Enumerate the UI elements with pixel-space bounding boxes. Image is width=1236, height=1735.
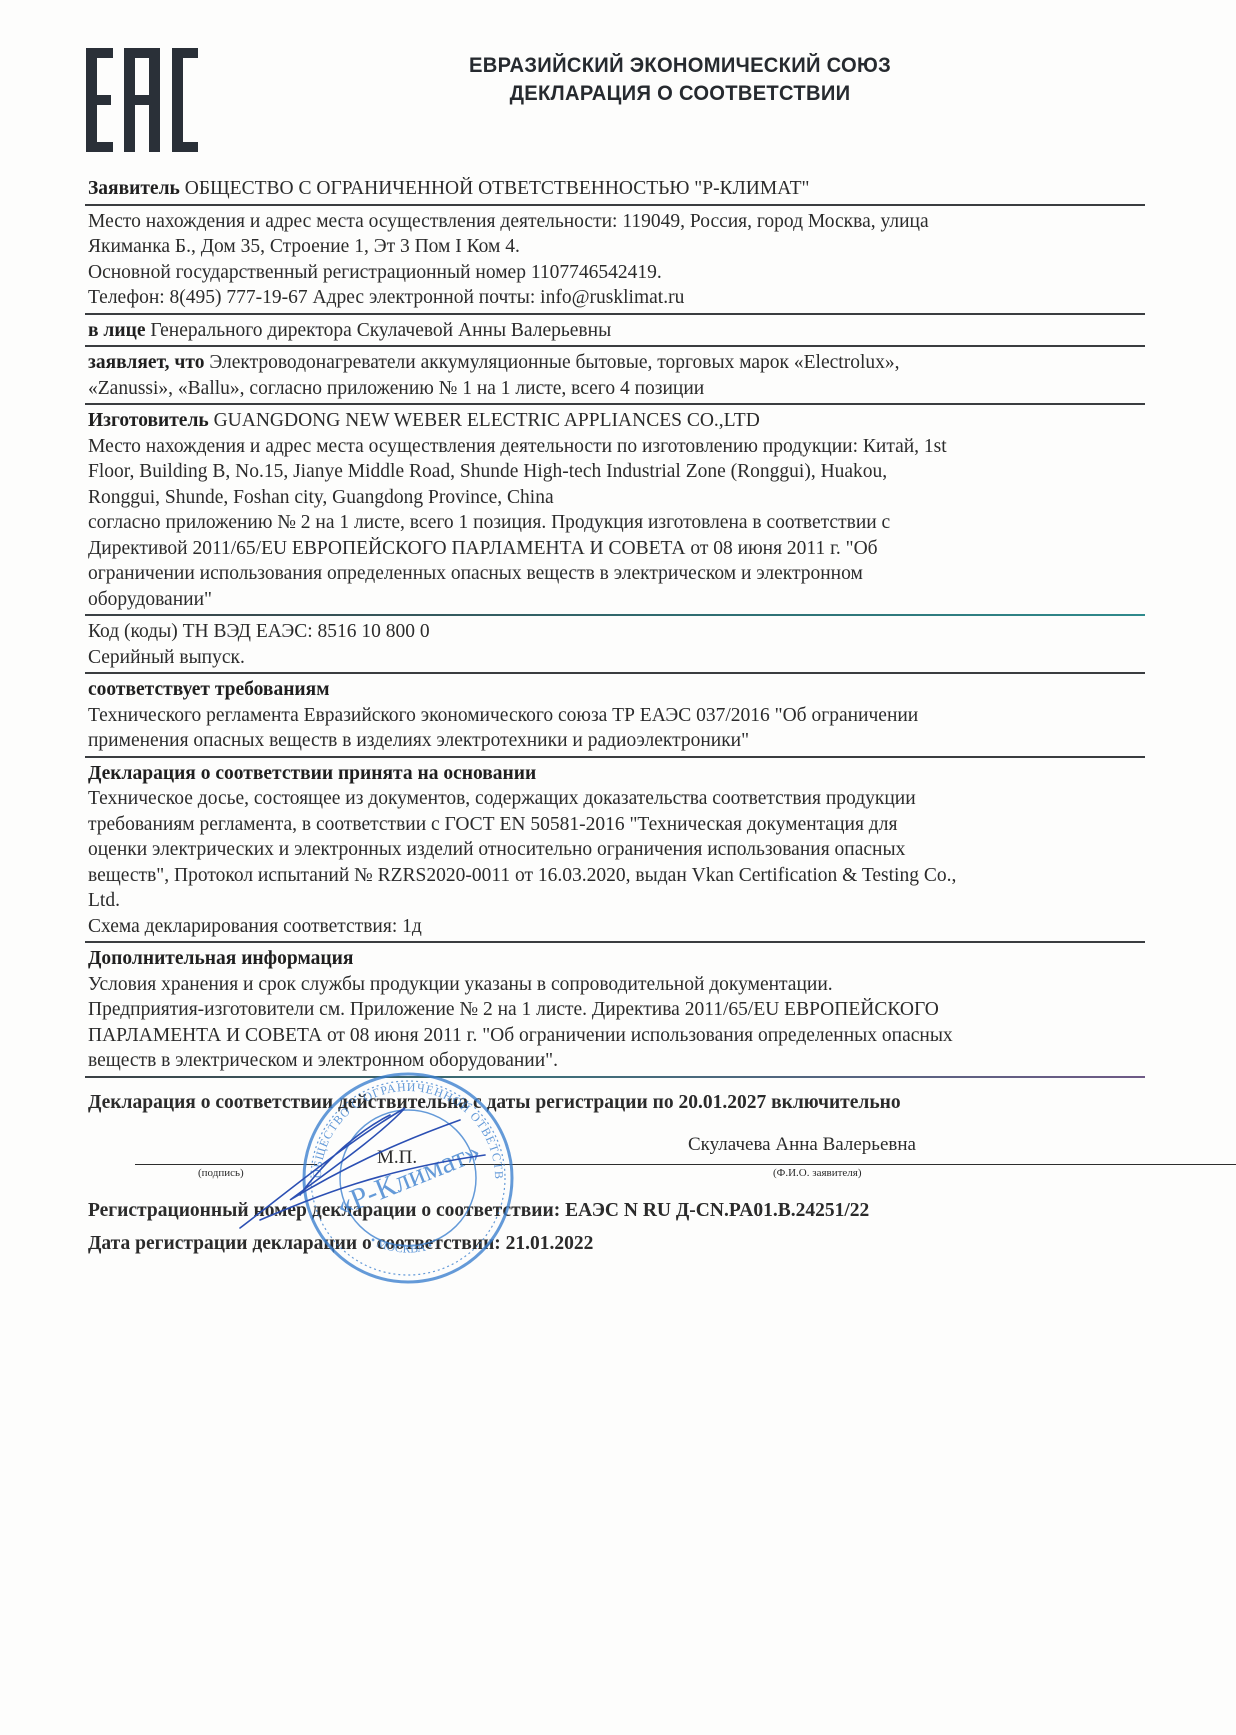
additional-heading: Дополнительная информация [88,946,1148,972]
applicant-address-line-1: Место нахождения и адрес места осуществл… [88,209,1148,235]
divider [85,941,1145,943]
declaration-body: Заявитель ОБЩЕСТВО С ОГРАНИЧЕННОЙ ОТВЕТС… [88,176,1148,1260]
applicant-ogrn: Основной государственный регистрационный… [88,260,1148,286]
divider [85,614,1145,616]
manufacturer-name: GUANGDONG NEW WEBER ELECTRIC APPLIANCES … [209,410,760,431]
divider [85,1076,1145,1078]
document-title: ДЕКЛАРАЦИЯ О СООТВЕТСТВИИ [392,82,968,106]
declares-label: заявляет, что [88,352,205,373]
manufacturer-label: Изготовитель [88,410,209,431]
applicant-contacts: Телефон: 8(495) 777-19-67 Адрес электрон… [88,285,1148,311]
manufacturer-line-6: ограничении использования определенных о… [88,561,1148,587]
divider [85,345,1145,347]
basis-line-4: веществ", Протокол испытаний № RZRS2020-… [88,863,1148,889]
complies-heading: соответствует требованиям [88,677,1148,703]
basis-line-1: Техническое досье, состоящее из документ… [88,786,1148,812]
manufacturer-line-3: Ronggui, Shunde, Foshan city, Guangdong … [88,485,1148,511]
represented-by-value: Генерального директора Скулачевой Анны В… [145,320,611,341]
signature-caption: (подпись) [198,1167,244,1179]
applicant-label: Заявитель [88,178,180,199]
manufacturer-line-7: оборудовании" [88,587,1148,613]
additional-line-1: Условия хранения и срок службы продукции… [88,972,1148,998]
union-title: ЕВРАЗИЙСКИЙ ЭКОНОМИЧЕСКИЙ СОЮЗ [392,54,968,78]
serial-production: Серийный выпуск. [88,645,1148,671]
divider [85,313,1145,315]
additional-line-4: веществ в электрическом и электронном об… [88,1048,1148,1074]
signature-line [135,1164,317,1166]
name-line [460,1164,1236,1166]
represented-by-row: в лице Генерального директора Скулачевой… [88,318,1148,344]
applicant-address-line-2: Якиманка Б., Дом 35, Строение 1, Эт 3 По… [88,234,1148,260]
additional-line-3: ПАРЛАМЕНТА И СОВЕТА от 08 июня 2011 г. "… [88,1023,1148,1049]
additional-label: Дополнительная информация [88,948,353,969]
declares-row: заявляет, что Электроводонагреватели акк… [88,350,1148,376]
basis-line-5: Ltd. [88,888,1148,914]
signature-block: М.П. Скулачева Анна Валерьевна (подпись)… [88,1118,1148,1188]
tn-ved-code: Код (коды) ТН ВЭД ЕАЭС: 8516 10 800 0 [88,619,1148,645]
divider [85,403,1145,405]
complies-line-2: применения опасных веществ в изделиях эл… [88,728,1148,754]
basis-heading: Декларация о соответствии принята на осн… [88,761,1148,787]
complies-label: соответствует требованиям [88,679,330,700]
product-description-1: Электроводонагреватели аккумуляционные б… [205,352,900,373]
divider [85,672,1145,674]
applicant-row: Заявитель ОБЩЕСТВО С ОГРАНИЧЕННОЙ ОТВЕТС… [88,176,1148,202]
declaration-scheme: Схема декларирования соответствия: 1д [88,914,1148,940]
manufacturer-row: Изготовитель GUANGDONG NEW WEBER ELECTRI… [88,408,1148,434]
manufacturer-line-2: Floor, Building B, No.15, Jianye Middle … [88,459,1148,485]
basis-label: Декларация о соответствии принята на осн… [88,763,536,784]
signer-name: Скулачева Анна Валерьевна [688,1134,916,1156]
basis-line-3: оценки электрических и электронных издел… [88,837,1148,863]
divider [85,204,1145,206]
complies-line-1: Технического регламента Евразийского эко… [88,703,1148,729]
manufacturer-line-1: Место нахождения и адрес места осуществл… [88,434,1148,460]
registration-number: Регистрационный номер декларации о соотв… [88,1194,1148,1227]
product-description-2: «Zanussi», «Ballu», согласно приложению … [88,376,1148,402]
validity-statement: Декларация о соответствии действительна … [88,1092,1148,1114]
manufacturer-line-4: согласно приложению № 2 на 1 листе, всег… [88,510,1148,536]
name-caption: (Ф.И.О. заявителя) [773,1167,862,1179]
basis-line-2: требованиям регламента, в соответствии с… [88,812,1148,838]
applicant-name: ОБЩЕСТВО С ОГРАНИЧЕННОЙ ОТВЕТСТВЕННОСТЬЮ… [180,178,810,199]
registration-date: Дата регистрации декларации о соответств… [88,1227,1148,1260]
divider [85,756,1145,758]
represented-by-label: в лице [88,320,145,341]
stamp-place-label: М.П. [377,1147,417,1169]
manufacturer-line-5: Директивой 2011/65/EU ЕВРОПЕЙСКОГО ПАРЛА… [88,536,1148,562]
additional-line-2: Предприятия-изготовители см. Приложение … [88,997,1148,1023]
eac-logo [86,48,198,152]
